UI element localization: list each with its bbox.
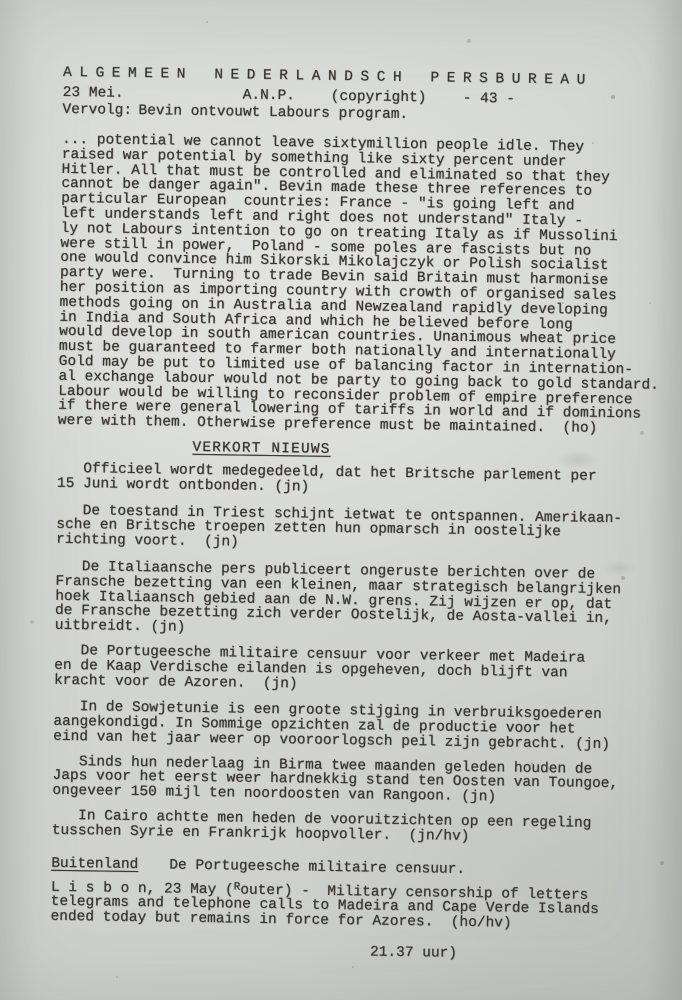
page-number: - 43 - xyxy=(463,92,515,108)
buitenland-heading: Buitenland xyxy=(51,856,138,872)
buitenland-row: BuitenlandDe Portugeesche militaire cens… xyxy=(51,856,676,880)
verkort-nieuws-heading: VERKORT NIEUWS xyxy=(192,441,682,463)
bevin-report-paragraph: ... potential we cannot leave sixtymilli… xyxy=(58,133,682,438)
lisbon-paragraph: L i s b o n, 23 May (Router) - Military … xyxy=(50,877,676,934)
copyright-label: (copyright) xyxy=(331,90,427,106)
anp-abbreviation: A.N.P. xyxy=(243,89,295,105)
vervolg-label: Vervolg: xyxy=(62,103,132,119)
vervolg-title: Bevin ontvouwt Labours program. xyxy=(138,104,408,123)
news-item: Officieel wordt medegedeeld, dat het Bri… xyxy=(57,462,682,501)
news-item: Sinds hun nederlaag in Birma twee maande… xyxy=(52,754,678,808)
news-item: De Portugeesche militaire censuur voor v… xyxy=(54,644,680,698)
news-item: De toestand in Triest schijnt ietwat te … xyxy=(56,503,682,557)
buitenland-subheading: De Portugeesche militaire censuur. xyxy=(169,858,465,877)
date: 23 Mei. xyxy=(63,86,124,102)
news-item: In de Sowjetunie is een groote stijging … xyxy=(53,700,679,754)
scanned-page: ALGEMEEN NEDERLANDSCH PERSBUREAU 23 Mei.… xyxy=(0,0,682,1000)
typewritten-content: ALGEMEEN NEDERLANDSCH PERSBUREAU 23 Mei.… xyxy=(0,0,682,1000)
paper-specks xyxy=(0,0,2,2)
news-item: In Cairo achtte men heden de vooruitzich… xyxy=(52,809,677,848)
time-stamp: 21.37 uur) xyxy=(370,946,675,966)
news-item: De Italiaansche pers publiceert ongerust… xyxy=(55,560,681,643)
